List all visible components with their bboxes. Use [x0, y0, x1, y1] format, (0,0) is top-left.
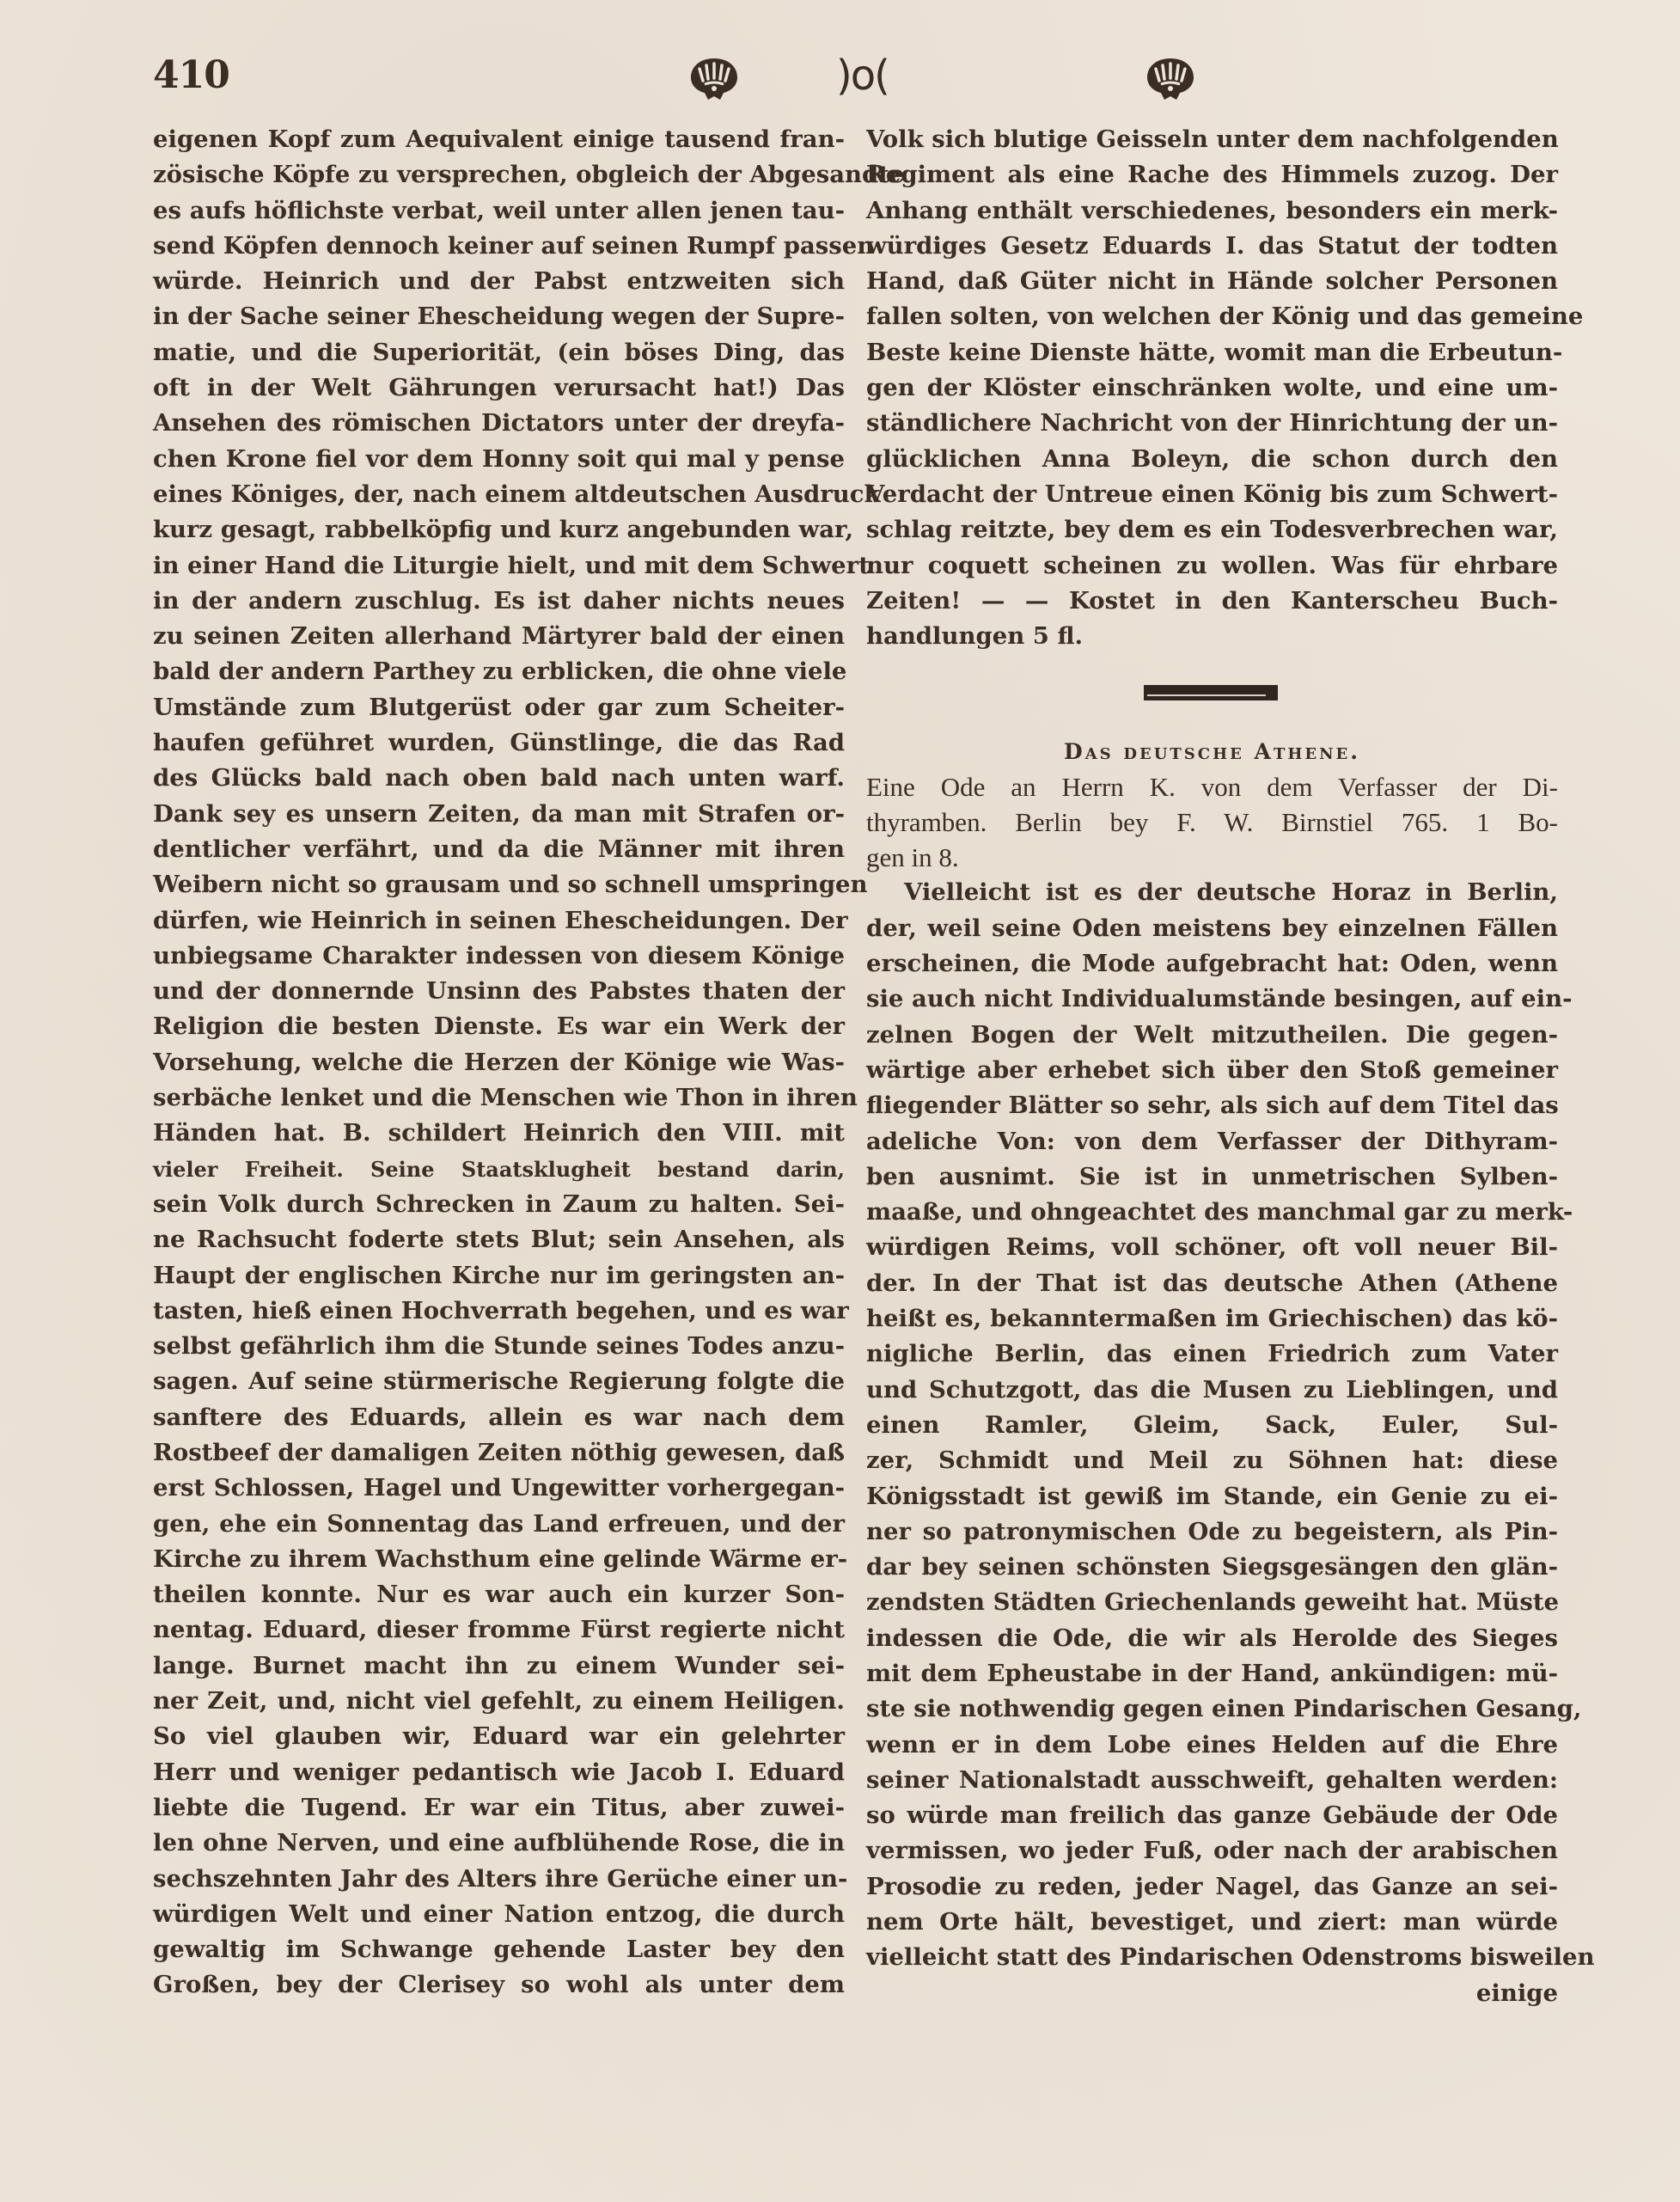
text-line: serbäche lenket und die Menschen wie Tho…: [153, 1080, 845, 1116]
text-line: tasten, hieß einen Hochverrath begehen, …: [153, 1294, 845, 1329]
text-line: gen der Klöster einschränken wolte, und …: [866, 370, 1558, 406]
text-line: ner Zeit, und, nicht viel gefehlt, zu ei…: [153, 1684, 845, 1719]
text-line: zer, Schmidt und Meil zu Söhnen hat: die…: [866, 1443, 1558, 1478]
text-line: dentlicher verfährt, und da die Männer m…: [153, 832, 845, 867]
text-line: würdiges Gesetz Eduards I. das Statut de…: [866, 229, 1558, 264]
text-line: theilen konnte. Nur es war auch ein kurz…: [153, 1577, 845, 1612]
text-line: matie, und die Superiorität, (ein böses …: [153, 335, 845, 370]
document-page: 410 )o( eigenen Kopf zum Aequivalent ein…: [0, 0, 1680, 2202]
book-citation-line: Eine Ode an Herrn K. von dem Verfasser d…: [866, 769, 1558, 804]
text-line: würdigen Reims, voll schöner, oft voll n…: [866, 1230, 1558, 1265]
text-line: in der Sache seiner Ehescheidung wegen d…: [153, 299, 845, 334]
text-line: ner so patronymischen Ode zu begeistern,…: [866, 1514, 1558, 1550]
text-line: chen Krone fiel vor dem Honny soit qui m…: [153, 442, 845, 477]
text-line: Königsstadt ist gewiß im Stande, ein Gen…: [866, 1479, 1558, 1514]
text-line: haufen geführet wurden, Günstlinge, die …: [153, 725, 845, 761]
text-line: in einer Hand die Liturgie hielt, und mi…: [153, 548, 845, 584]
text-line: einen Ramler, Gleim, Sack, Euler, Sul-: [866, 1408, 1558, 1443]
text-line: sein Volk durch Schrecken in Zaum zu hal…: [153, 1187, 845, 1222]
text-line: zendsten Städten Griechenlands geweiht h…: [866, 1585, 1558, 1620]
text-line: würdigen Welt und einer Nation entzog, d…: [153, 1897, 845, 1932]
text-line: Umstände zum Blutgerüst oder gar zum Sch…: [153, 690, 845, 725]
text-line: so würde man freilich das ganze Gebäude …: [866, 1798, 1558, 1833]
text-line: Ansehen des römischen Dictators unter de…: [153, 406, 845, 441]
text-line: zelnen Bogen der Welt mitzutheilen. Die …: [866, 1018, 1558, 1053]
text-line: Regiment als eine Rache des Himmels zuzo…: [866, 157, 1558, 193]
text-line: gen, ehe ein Sonnentag das Land erfreuen…: [153, 1507, 845, 1542]
catchword: einige: [866, 1976, 1558, 2011]
text-line: sie auch nicht Individualumstände besing…: [866, 982, 1558, 1017]
text-line: nigliche Berlin, das einen Friedrich zum…: [866, 1336, 1558, 1372]
text-line: selbst gefährlich ihm die Stunde seines …: [153, 1329, 845, 1364]
text-line: erscheinen, die Mode aufgebracht hat: Od…: [866, 946, 1558, 982]
text-line: Religion die besten Dienste. Es war ein …: [153, 1009, 845, 1044]
text-line: kurz gesagt, rabbelköpfig und kurz angeb…: [153, 512, 845, 547]
text-line: len ohne Nerven, und eine aufblühende Ro…: [153, 1826, 845, 1861]
text-line: nur coquett scheinen zu wollen. Was für …: [866, 548, 1558, 584]
text-line: heißt es, bekanntermaßen im Griechischen…: [866, 1301, 1558, 1336]
text-line: ben ausnimt. Sie ist in unmetrischen Syl…: [866, 1159, 1558, 1195]
text-line: unbiegsame Charakter indessen von diesem…: [153, 939, 845, 974]
text-line: Dank sey es unsern Zeiten, da man mit St…: [153, 797, 845, 832]
page-number: 410: [153, 53, 229, 97]
text-line: indessen die Ode, die wir als Herolde de…: [866, 1621, 1558, 1656]
text-line: nem Orte hält, bevestiget, und ziert: ma…: [866, 1905, 1558, 1940]
text-line: würde. Heinrich und der Pabst entzweiten…: [153, 264, 845, 299]
text-line: oft in der Welt Gährungen verursacht hat…: [153, 370, 845, 406]
text-line: wenn er in dem Lobe eines Helden auf die…: [866, 1728, 1558, 1763]
text-line: fliegender Blätter so sehr, als sich auf…: [866, 1088, 1558, 1123]
text-line: vielleicht statt des Pindarischen Odenst…: [866, 1940, 1558, 1975]
book-citation-line: gen in 8.: [866, 840, 1558, 875]
text-line: dar bey seinen schönsten Siegsgesängen d…: [866, 1550, 1558, 1585]
text-line: und der donnernde Unsinn des Pabstes tha…: [153, 974, 845, 1009]
text-line: schlag reitzte, bey dem es ein Todesverb…: [866, 512, 1558, 547]
text-line: send Köpfen dennoch keiner auf seinen Ru…: [153, 229, 845, 264]
text-line: ste sie nothwendig gegen einen Pindarisc…: [866, 1691, 1558, 1727]
book-citation-line: thyramben. Berlin bey F. W. Birnstiel 76…: [866, 804, 1558, 840]
text-line: eigenen Kopf zum Aequivalent einige taus…: [153, 122, 845, 157]
shell-ornament-icon: [1144, 55, 1197, 103]
text-line: Volk sich blutige Geisseln unter dem nac…: [866, 122, 1558, 157]
text-line: nentag. Eduard, dieser fromme Fürst regi…: [153, 1612, 845, 1648]
shell-ornament-icon: [687, 55, 741, 103]
text-line: zösische Köpfe zu versprechen, obgleich …: [153, 157, 845, 193]
text-line: Vielleicht ist es der deutsche Horaz in …: [866, 875, 1558, 910]
text-line: erst Schlossen, Hagel und Ungewitter vor…: [153, 1471, 845, 1506]
text-line: Zeiten! — — Kostet in den Kanterscheu Bu…: [866, 584, 1558, 619]
text-line: ne Rachsucht foderte stets Blut; sein An…: [153, 1222, 845, 1257]
section-title: Das deutsche Athene.: [866, 735, 1558, 769]
text-line: gewaltig im Schwange gehende Laster bey …: [153, 1932, 845, 1967]
text-line: der, weil seine Oden meistens bey einzel…: [866, 911, 1558, 946]
text-line: Anhang enthält verschiedenes, besonders …: [866, 193, 1558, 229]
header-center-mark: )o(: [836, 52, 889, 100]
text-line: Vorsehung, welche die Herzen der Könige …: [153, 1045, 845, 1080]
text-line: Verdacht der Untreue einen König bis zum…: [866, 477, 1558, 512]
text-line: lange. Burnet macht ihn zu einem Wunder …: [153, 1648, 845, 1684]
section-divider-rule: [1144, 685, 1278, 700]
text-line: eines Königes, der, nach einem altdeutsc…: [153, 477, 845, 512]
text-line: des Glücks bald nach oben bald nach unte…: [153, 761, 845, 796]
text-line: vermissen, wo jeder Fuß, oder nach der a…: [866, 1833, 1558, 1869]
right-column: Volk sich blutige Geisseln unter dem nac…: [866, 122, 1558, 2011]
text-line: fallen solten, von welchen der König und…: [866, 299, 1558, 334]
text-line: zu seinen Zeiten allerhand Märtyrer bald…: [153, 619, 845, 654]
text-line: Beste keine Dienste hätte, womit man die…: [866, 335, 1558, 370]
text-line: sagen. Auf seine stürmerische Regierung …: [153, 1364, 845, 1399]
text-line: wärtige aber erhebet sich über den Stoß …: [866, 1053, 1558, 1088]
text-line: handlungen 5 fl.: [866, 619, 1558, 654]
left-column: eigenen Kopf zum Aequivalent einige taus…: [153, 122, 845, 2003]
text-line: sechszehnten Jahr des Alters ihre Gerüch…: [153, 1862, 845, 1897]
text-line: dürfen, wie Heinrich in seinen Ehescheid…: [153, 903, 845, 939]
text-line: in der andern zuschlug. Es ist daher nic…: [153, 584, 845, 619]
text-line: ständlichere Nachricht von der Hinrichtu…: [866, 406, 1558, 441]
text-line: Weibern nicht so grausam und so schnell …: [153, 867, 845, 902]
text-line: es aufs höflichste verbat, weil unter al…: [153, 193, 845, 229]
text-line: Hand, daß Güter nicht in Hände solcher P…: [866, 264, 1558, 299]
text-line: Großen, bey der Clerisey so wohl als unt…: [153, 1967, 845, 2003]
text-line: der. In der That ist das deutsche Athen …: [866, 1266, 1558, 1301]
text-line: So viel glauben wir, Eduard war ein gele…: [153, 1719, 845, 1754]
text-line: Händen hat. B. schildert Heinrich den VI…: [153, 1116, 845, 1151]
text-line: mit dem Epheustabe in der Hand, ankündig…: [866, 1656, 1558, 1691]
text-line: glücklichen Anna Boleyn, die schon durch…: [866, 442, 1558, 477]
text-line: Prosodie zu reden, jeder Nagel, das Ganz…: [866, 1869, 1558, 1905]
text-line: liebte die Tugend. Er war ein Titus, abe…: [153, 1790, 845, 1826]
text-line: seiner Nationalstadt ausschweift, gehalt…: [866, 1763, 1558, 1798]
text-line: Rostbeef der damaligen Zeiten nöthig gew…: [153, 1435, 845, 1471]
text-line: und Schutzgott, das die Musen zu Lieblin…: [866, 1373, 1558, 1408]
text-line: maaße, und ohngeachtet des manchmal gar …: [866, 1195, 1558, 1230]
text-line: adeliche Von: von dem Verfasser der Dith…: [866, 1124, 1558, 1159]
text-line: Herr und weniger pedantisch wie Jacob I.…: [153, 1755, 845, 1790]
page-header: 410 )o(: [153, 52, 1562, 112]
text-line: Kirche zu ihrem Wachsthum eine gelinde W…: [153, 1542, 845, 1577]
text-line: Haupt der englischen Kirche nur im gerin…: [153, 1258, 845, 1294]
text-line: vieler Freiheit. Seine Staatsklugheit be…: [153, 1152, 845, 1187]
text-line: bald der andern Parthey zu erblicken, di…: [153, 654, 845, 689]
text-line: sanftere des Eduards, allein es war nach…: [153, 1400, 845, 1435]
